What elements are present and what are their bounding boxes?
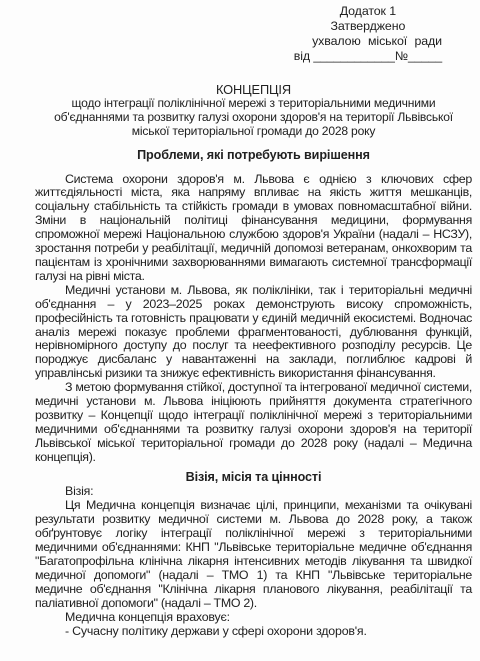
paragraph-problems-2: Медичні установи м. Львова, як полікліні… bbox=[35, 284, 472, 381]
section-heading-problems: Проблеми, які потребують вирішення bbox=[35, 149, 472, 163]
vision-label: Візія: bbox=[35, 485, 472, 499]
section-heading-vision: Візія, місія та цінності bbox=[35, 471, 472, 485]
annex-approval-block: Додаток 1 Затверджено ухвалою міської ра… bbox=[294, 4, 442, 64]
annex-line-approved: Затверджено bbox=[294, 19, 442, 34]
paragraph-problems-1: Система охорони здоров'я м. Львова є одн… bbox=[35, 173, 472, 284]
paragraph-problems-3: З метою формування стійкої, доступної та… bbox=[35, 381, 472, 464]
annex-line-council: ухвалою міської ради bbox=[294, 34, 442, 49]
document-body: КОНЦЕПЦІЯ щодо інтеграції поліклінічної … bbox=[0, 0, 480, 638]
document-page: Додаток 1 Затверджено ухвалою міської ра… bbox=[0, 0, 480, 661]
vision-considers-intro: Медична концепція враховує: bbox=[35, 611, 472, 625]
document-title: КОНЦЕПЦІЯ bbox=[35, 83, 472, 97]
annex-line-date-number: від ____________№_____ bbox=[294, 49, 442, 64]
document-subtitle: щодо інтеграції поліклінічної мережі з т… bbox=[35, 97, 472, 139]
vision-bullet-item: - Сучасну політику держави у сфері охоро… bbox=[35, 625, 472, 639]
paragraph-vision: Ця Медична концепція визначає цілі, прин… bbox=[35, 499, 472, 610]
annex-line-annex-number: Додаток 1 bbox=[294, 4, 442, 19]
